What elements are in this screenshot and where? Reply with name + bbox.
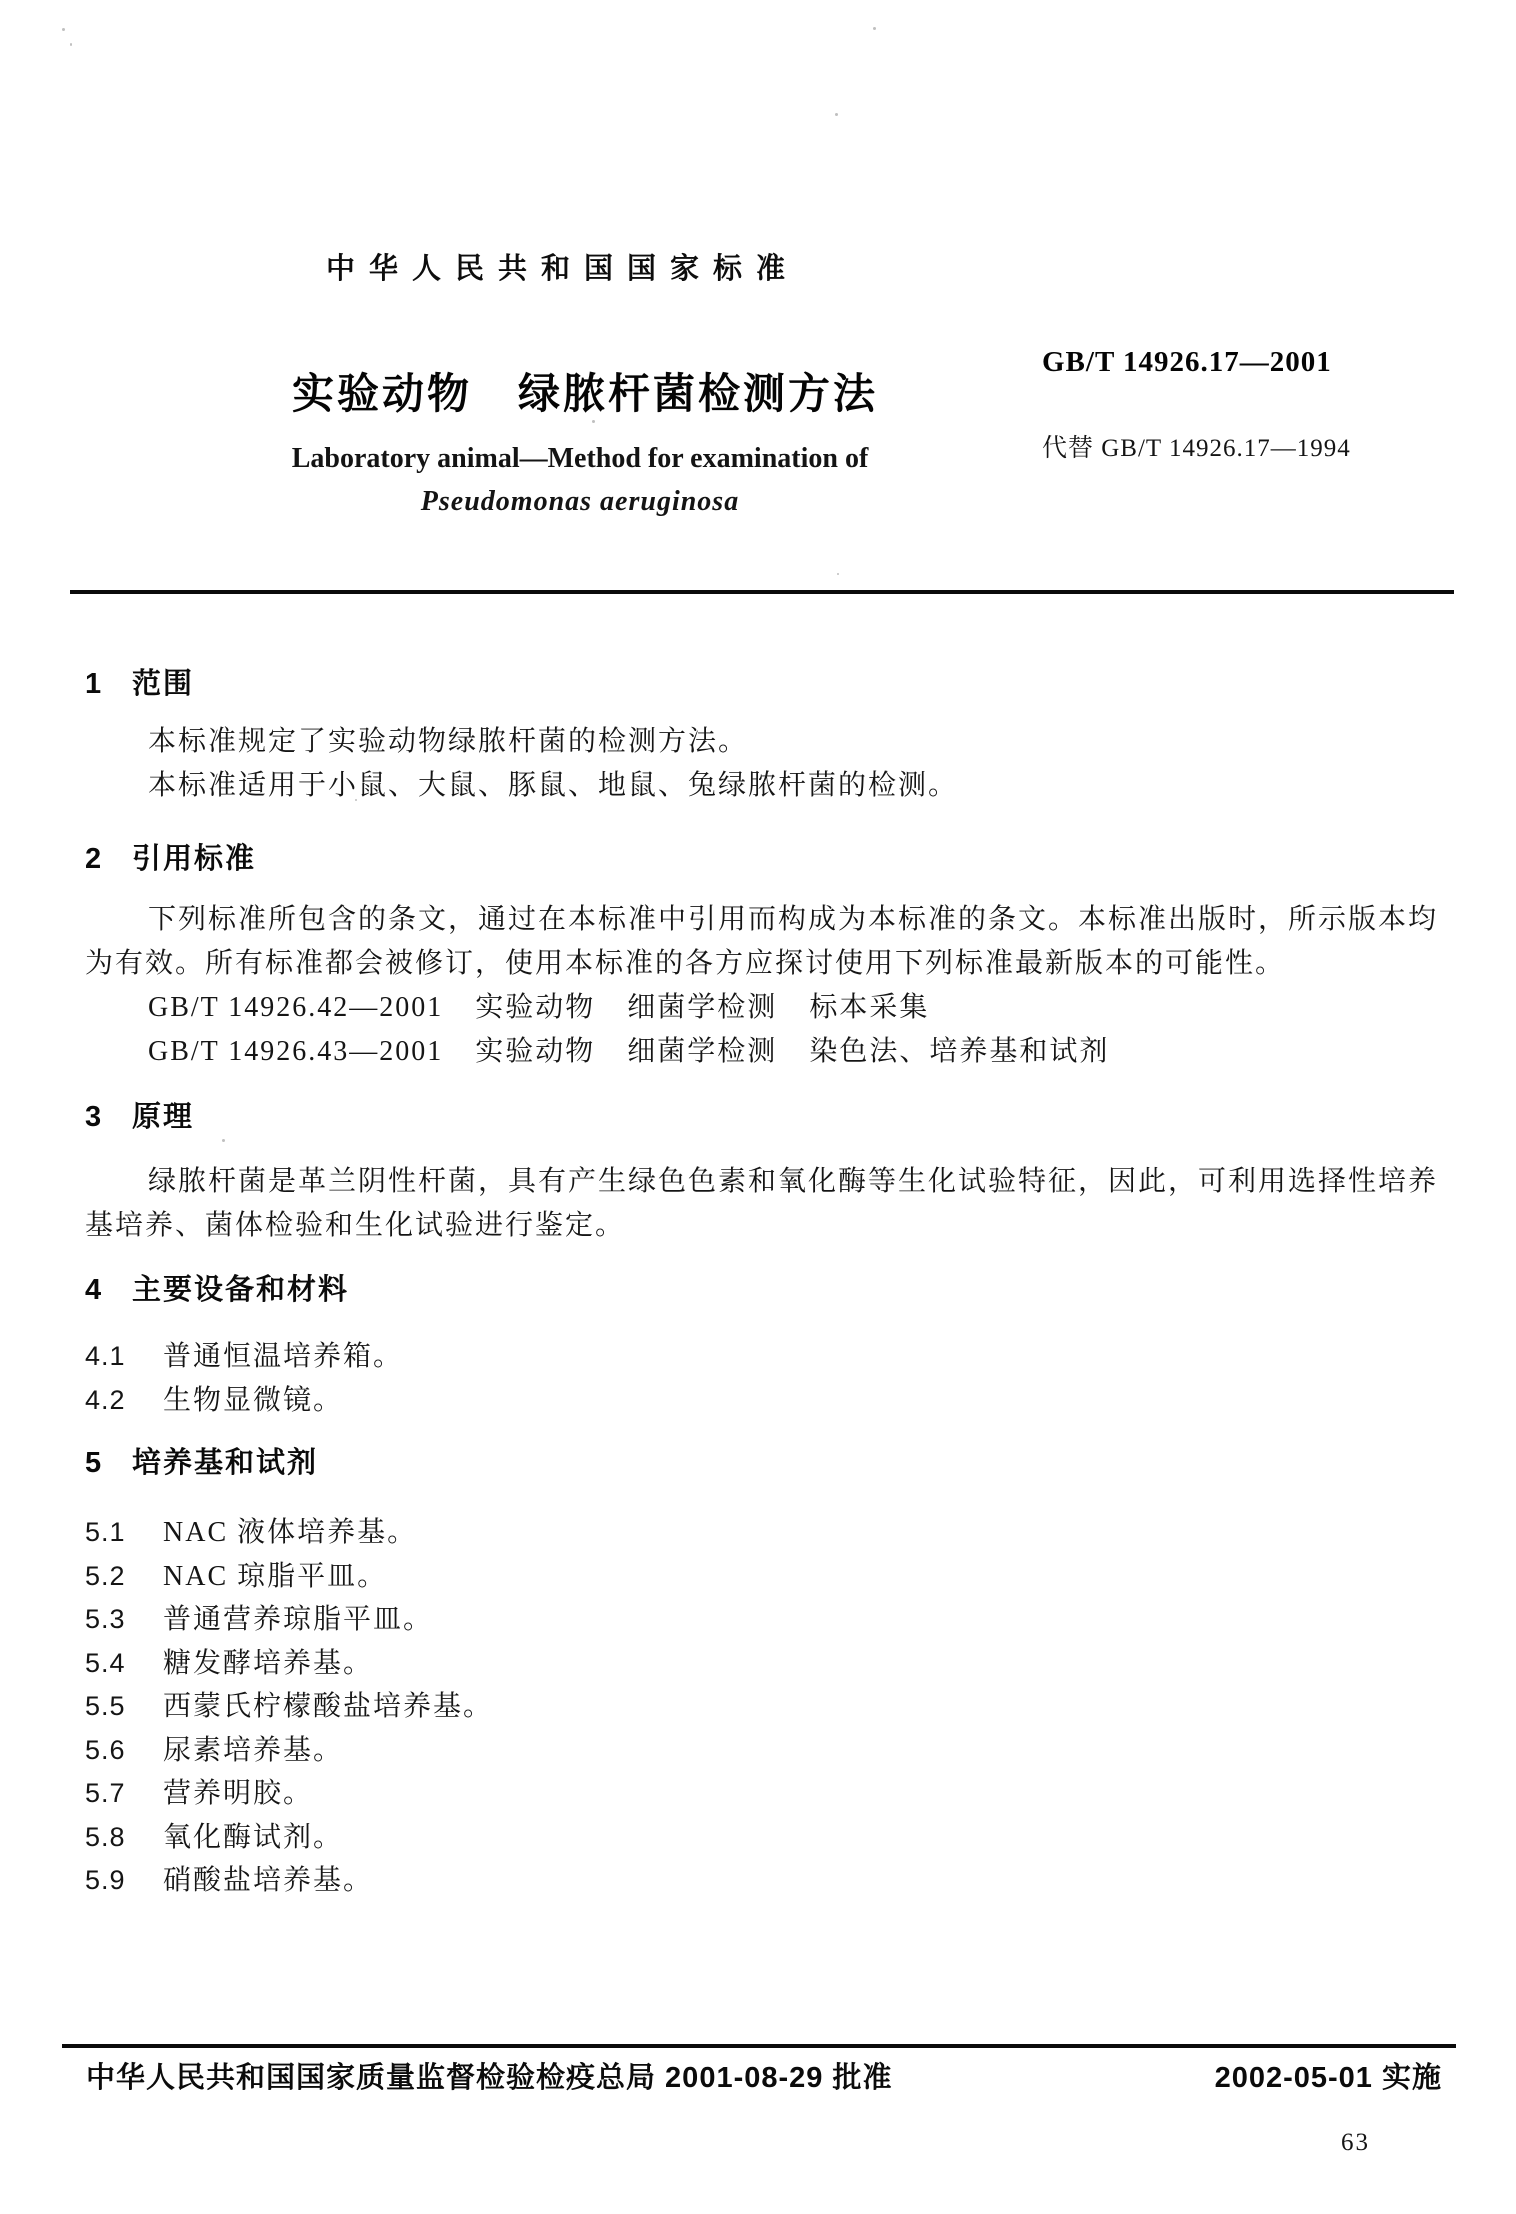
clause-4-1-text: 普通恒温培养箱。	[163, 1341, 403, 1372]
clause-5-6: 5.6尿素培养基。	[85, 1728, 343, 1768]
clause-5-1: 5.1NAC 液体培养基。	[85, 1510, 417, 1550]
reference-2-part1: 实验动物	[475, 1036, 595, 1067]
document-title-en-line1: Laboratory animal—Method for examination…	[190, 443, 970, 475]
section-1-paragraph-2: 本标准适用于小鼠、大鼠、豚鼠、地鼠、兔绿脓杆菌的检测。	[148, 763, 958, 803]
standard-code: GB/T 14926.17—2001	[1042, 346, 1332, 379]
section-5-number: 5	[85, 1447, 132, 1480]
clause-4-1-number: 4.1	[85, 1341, 163, 1372]
reference-1-part3: 标本采集	[809, 992, 929, 1023]
document-title-cn: 实验动物绿脓杆菌检测方法	[292, 361, 878, 421]
section-3-paragraph-line-1: 绿脓杆菌是革兰阴性杆菌，具有产生绿色色素和氧化酶等生化试验特征，因此，可利用选择…	[148, 1159, 1438, 1199]
document-title-cn-part1: 实验动物	[292, 370, 472, 417]
clause-4-2-number: 4.2	[85, 1385, 163, 1416]
clause-5-7-number: 5.7	[85, 1778, 163, 1809]
scan-speck	[222, 1139, 225, 1142]
section-1-number: 1	[85, 668, 132, 701]
reference-2-part2: 细菌学检测	[627, 1036, 777, 1067]
section-4-number: 4	[85, 1274, 132, 1307]
clause-5-2-text: NAC 琼脂平皿。	[163, 1561, 387, 1592]
clause-5-5-number: 5.5	[85, 1691, 163, 1722]
document-title-en: Laboratory animal—Method for examination…	[190, 443, 970, 518]
page-number: 63	[1341, 2129, 1370, 2157]
section-1-title: 范围	[132, 668, 194, 700]
scan-speck	[835, 113, 838, 116]
section-1-heading: 1范围	[85, 661, 194, 702]
clause-5-6-number: 5.6	[85, 1735, 163, 1766]
scan-speck	[62, 28, 65, 31]
section-4-title: 主要设备和材料	[132, 1274, 349, 1306]
section-1-paragraph-1: 本标准规定了实验动物绿脓杆菌的检测方法。	[148, 719, 748, 759]
section-4-heading: 4主要设备和材料	[85, 1267, 349, 1308]
clause-5-4-text: 糖发酵培养基。	[163, 1648, 373, 1679]
section-3-title: 原理	[132, 1101, 194, 1133]
section-2-reference-2: GB/T 14926.43—2001实验动物细菌学检测染色法、培养基和试剂	[148, 1029, 1109, 1069]
clause-5-2-number: 5.2	[85, 1561, 163, 1592]
clause-5-7: 5.7营养明胶。	[85, 1771, 313, 1811]
section-3-number: 3	[85, 1101, 132, 1134]
clause-5-3-number: 5.3	[85, 1604, 163, 1635]
clause-5-9-number: 5.9	[85, 1865, 163, 1896]
clause-5-6-text: 尿素培养基。	[163, 1735, 343, 1766]
scan-speck	[873, 27, 876, 30]
clause-5-1-number: 5.1	[85, 1517, 163, 1548]
replaces-note: 代替 GB/T 14926.17—1994	[1042, 428, 1351, 464]
section-2-number: 2	[85, 843, 132, 876]
section-5-title: 培养基和试剂	[132, 1447, 318, 1479]
clause-5-5-text: 西蒙氏柠檬酸盐培养基。	[163, 1691, 493, 1722]
clause-5-8-text: 氧化酶试剂。	[163, 1822, 343, 1853]
clause-5-4-number: 5.4	[85, 1648, 163, 1679]
implementation-date: 2002-05-01 实施	[1215, 2055, 1442, 2096]
approval-statement: 中华人民共和国国家质量监督检验检疫总局 2001-08-29 批准	[86, 2055, 892, 2096]
standard-document-page: 中华人民共和国国家标准 实验动物绿脓杆菌检测方法 GB/T 14926.17—2…	[0, 0, 1516, 2214]
clause-5-2: 5.2NAC 琼脂平皿。	[85, 1554, 387, 1594]
section-5-heading: 5培养基和试剂	[85, 1440, 318, 1481]
header-divider	[70, 590, 1454, 594]
section-2-reference-1: GB/T 14926.42—2001实验动物细菌学检测标本采集	[148, 985, 929, 1025]
clause-5-4: 5.4糖发酵培养基。	[85, 1641, 373, 1681]
section-3-heading: 3原理	[85, 1094, 194, 1135]
clause-5-1-text: NAC 液体培养基。	[163, 1517, 417, 1548]
clause-5-8-number: 5.8	[85, 1822, 163, 1853]
reference-1-code: GB/T 14926.42—2001	[148, 992, 443, 1023]
footer: 中华人民共和国国家质量监督检验检疫总局 2001-08-29 批准 2002-0…	[86, 2055, 1442, 2096]
reference-2-part3: 染色法、培养基和试剂	[809, 1036, 1109, 1067]
document-title-cn-part2: 绿脓杆菌检测方法	[518, 370, 878, 417]
section-3-paragraph-line-2: 基培养、菌体检验和生化试验进行鉴定。	[85, 1203, 625, 1243]
reference-1-part2: 细菌学检测	[627, 992, 777, 1023]
clause-4-2: 4.2生物显微镜。	[85, 1378, 343, 1418]
clause-4-1: 4.1普通恒温培养箱。	[85, 1334, 403, 1374]
national-standard-label: 中华人民共和国国家标准	[326, 246, 799, 287]
clause-5-5: 5.5西蒙氏柠檬酸盐培养基。	[85, 1684, 493, 1724]
section-2-paragraph-line-2: 为有效。所有标准都会被修订，使用本标准的各方应探讨使用下列标准最新版本的可能性。	[85, 941, 1285, 981]
section-2-title: 引用标准	[132, 843, 256, 875]
reference-1-part1: 实验动物	[475, 992, 595, 1023]
clause-5-7-text: 营养明胶。	[163, 1778, 313, 1809]
scan-speck	[837, 573, 839, 575]
document-title-en-line2: Pseudomonas aeruginosa	[190, 486, 970, 518]
clause-5-3: 5.3普通营养琼脂平皿。	[85, 1597, 433, 1637]
clause-5-8: 5.8氧化酶试剂。	[85, 1815, 343, 1855]
clause-4-2-text: 生物显微镜。	[163, 1385, 343, 1416]
section-2-heading: 2引用标准	[85, 836, 256, 877]
footer-divider	[62, 2044, 1456, 2048]
clause-5-3-text: 普通营养琼脂平皿。	[163, 1604, 433, 1635]
reference-2-code: GB/T 14926.43—2001	[148, 1036, 443, 1067]
clause-5-9-text: 硝酸盐培养基。	[163, 1865, 373, 1896]
scan-speck	[70, 43, 72, 46]
section-2-paragraph-line-1: 下列标准所包含的条文，通过在本标准中引用而构成为本标准的条文。本标准出版时，所示…	[148, 897, 1438, 937]
clause-5-9: 5.9硝酸盐培养基。	[85, 1858, 373, 1898]
